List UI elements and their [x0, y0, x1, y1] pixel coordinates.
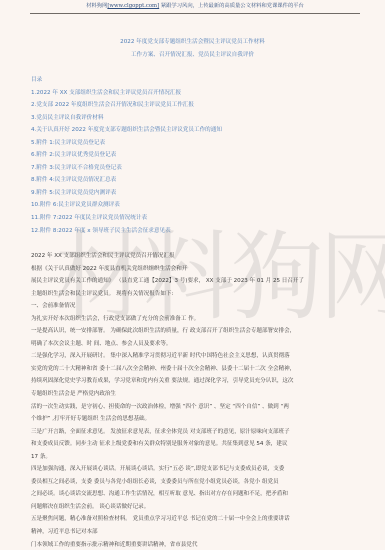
body-line: 一是提高认识，统一安排部署。 为确保此次组织生活的质量，行 政支部召开了组织生活… [31, 325, 361, 338]
body-line: 五是聚焦问题，精心准备对照检查材料。 党员重点学习习近平总 书记在党的二十届一中… [31, 513, 361, 526]
site-url-link[interactable]: [www.clgoppt.com] [107, 3, 159, 9]
toc-item[interactable]: 4.关于认真开好 2022 年度党支部专题组织生活会暨民主评议党员工作的通知 [31, 124, 222, 137]
body-line: 精神，习近平总书记对本部 [31, 526, 361, 539]
body-line: 明确了本次会议主题、时 间、地点、参会人员及要求等。 [31, 338, 361, 351]
toc-item[interactable]: 11.附件 7:2022 年度民主评议党员情况统计表 [31, 212, 222, 225]
body-line: 个维护” ,打牢开好专题组织 生活会的思想基础。 [31, 413, 361, 426]
site-slogan: 紧跟学习风向，上传最新的高质量公文材料和党课课件的平台 [159, 3, 304, 9]
body-line: 专题组织生活会是 严格党内政治生 [31, 388, 361, 401]
body-line: 展民主评议党员有关工作的通知》 （县直党工通【2022】3 号)要求， XX 支… [31, 275, 361, 288]
document-title: 2022 年度党支部专题组织生活会暨民主评议党员工作材料 工作方案、召开情况汇报… [0, 36, 385, 61]
toc-item[interactable]: 2.党支部 2022 年度组织生活会召开情况和民主评议党员工作汇报 [31, 99, 222, 112]
body-line: 四是加强沟通，深入开展谈心谈话。开展谈心谈话。实行“五必 谈”,即党支部书记与支… [31, 463, 361, 476]
toc-item[interactable]: 6.附件 2:民主评议优秀党员登记表 [31, 149, 222, 162]
body-line: 活的一次生动实践，是守初心、担使命的一次政治体检，增强 “四个 意识” 、坚定 … [31, 401, 361, 414]
body-line: 问题解决在组织生活会前。 谈心谈话做好记录。 [31, 501, 361, 514]
toc-item[interactable]: 10.附件 6:民主评议党员群众测评表 [31, 199, 222, 212]
body-heading: 2022 年 XX 支部组织生活会和民主评议党员召开情况汇报 [31, 250, 361, 263]
toc-item[interactable]: 3.党员民主评议自我评价材料 [31, 112, 222, 125]
toc-item[interactable]: 5.附件 1:民主评议党员登记表 [31, 137, 222, 150]
toc-item[interactable]: 7.附件 3:民主评议不合格党员登记表 [31, 162, 222, 175]
document-body: 2022 年 XX 支部组织生活会和民主评议党员召开情况汇报 根据《关于认真做好… [31, 250, 361, 550]
body-line: 之间必谈。谈心谈话交流思想、沟通工作生活情况，相互听取 意见、指出对方存在问题和… [31, 488, 361, 501]
table-of-contents: 目录 1.2022 年 XX 支部组织生活会和民主评议党员召开情况汇报 2.党支… [31, 74, 222, 237]
body-line: 二是强化学习，深入开展研讨。 集中深入精准学习贯彻习近平新 时代中国特色社会主义… [31, 350, 361, 363]
site-name: 材料狗网 [86, 3, 107, 9]
toc-item[interactable]: 12.附件 8:2022 年度 x 领导班子民主生活会征求意见表 [31, 225, 222, 238]
body-line: 实党的党的二十大精神和省 委十二届八次全会精神、州委十届十次全会精神、县委十二届… [31, 363, 361, 376]
body-line: 门本领域工作的重要指示批示精神和近期重要讲话精神，省市县党代 [31, 539, 361, 550]
title-line-1: 2022 年度党支部专题组织生活会暨民主评议党员工作材料 [0, 36, 385, 49]
body-line: 委员相互之间必谈，支委 委员与各党小组组长必谈，支委委员与所在党小组党员必谈，各… [31, 476, 361, 489]
body-line: 为扎实开好本次组织生活会，行政党支部做了充分的会前准备工 作。 [31, 313, 361, 326]
title-line-2: 工作方案、召开情况汇报、党员民主评议自我评价 [0, 49, 385, 62]
document-page: 材料狗网[www.clgoppt.com] 紧跟学习风向，上传最新的高质量公文材… [0, 0, 385, 550]
body-line: 和支委成员反馈。同步主动 征求上级党委和有关群众特别是服务对象的意见。共征集到意… [31, 438, 361, 451]
toc-item[interactable]: 1.2022 年 XX 支部组织生活会和民主评议党员召开情况汇报 [31, 87, 222, 100]
toc-item[interactable]: 9.附件 5:民主评议党员党内测评表 [31, 187, 222, 200]
site-header: 材料狗网[www.clgoppt.com] 紧跟学习风向，上传最新的高质量公文材… [30, 0, 360, 14]
toc-heading: 目录 [31, 74, 222, 87]
body-line: 17 条。 [31, 451, 361, 464]
body-line: 三是广开言路，全面征求意见。 发放征求意见表，征求全体党员 对支部班子的意见，原… [31, 426, 361, 439]
toc-item[interactable]: 8.附件 4:民主评议党员情况汇总表 [31, 174, 222, 187]
body-line: 根据《关于认真做好 2022 年度县直机关党组织组织生活会和开 [31, 263, 361, 276]
body-line: 主题组织生活会和民主评议党员。 现将有关情况报告如下: [31, 288, 361, 301]
body-line: 持续巩固深化党史学习教育成果，学习党章和党内有关重 要法规。通过深化学习，引导党… [31, 375, 361, 388]
section-heading: 一、会前准备情况 [31, 300, 361, 313]
